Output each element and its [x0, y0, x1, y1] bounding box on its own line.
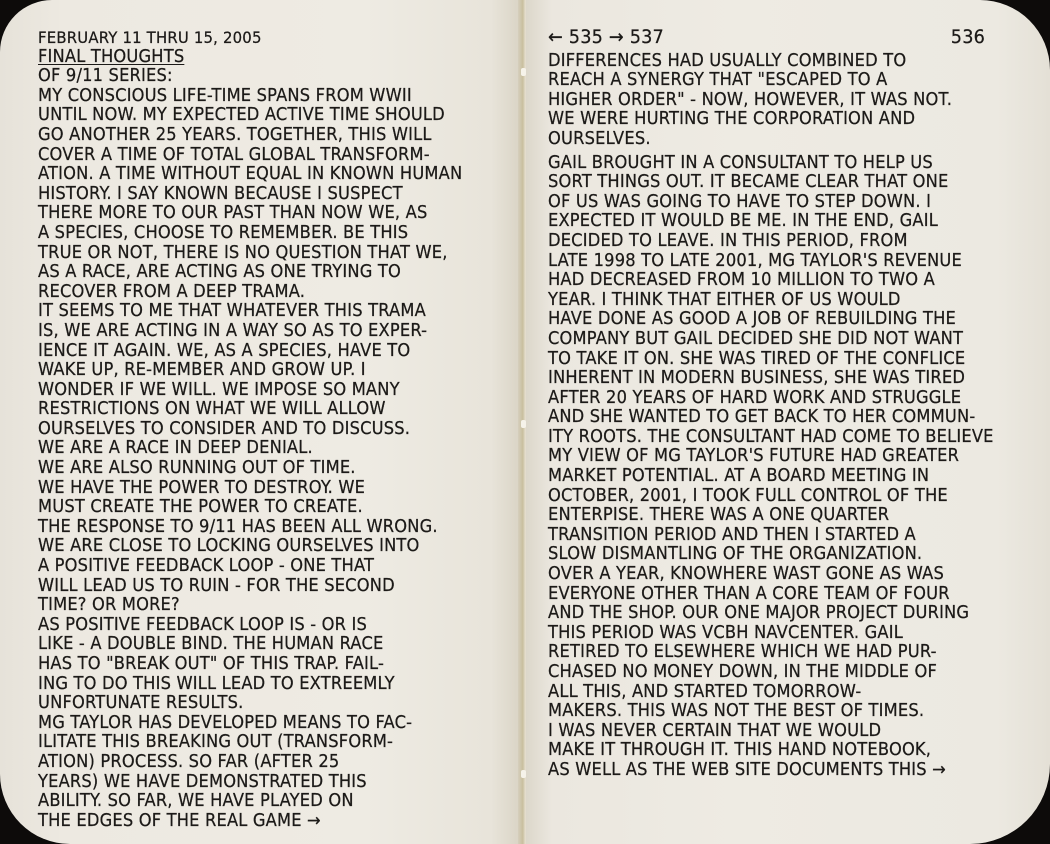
text-line: company but Gail decided she did not wan… — [548, 330, 1050, 350]
text-line: is, we are acting in a way so as to expe… — [38, 322, 522, 342]
page-number: 536 — [951, 28, 985, 48]
next-page-link[interactable]: → 537 — [609, 26, 664, 48]
text-line: recover from a deep trama. — [38, 283, 522, 303]
text-line: will lead us to ruin - for the second — [38, 577, 522, 597]
text-line: until now. My expected active time shoul… — [38, 106, 522, 126]
text-line: this period was VCBH NavCenter. Gail — [548, 624, 1050, 644]
text-line: has to "break out" of this trap. Fail- — [38, 655, 522, 675]
text-line: year. I think that either of us would — [548, 291, 1050, 311]
text-line: retired to Elsewhere which we had pur- — [548, 643, 1050, 663]
text-line: after 20 years of hard work and struggle — [548, 389, 1050, 409]
left-page-content: February 11 thru 15, 2005 Final Thoughts… — [38, 28, 522, 831]
text-line: We have the power to destroy. We — [38, 479, 522, 499]
text-line: higher order" - now, however, it was not… — [548, 91, 1050, 111]
text-line: Gail brought in a consultant to help us — [548, 154, 1050, 174]
text-line: cover a time of total global transform- — [38, 146, 522, 166]
text-line: as well as the web site documents this → — [548, 761, 1050, 781]
text-line: and the shop. Our one major project duri… — [548, 604, 1050, 624]
entry-subtitle: of 9/11 series: — [38, 67, 522, 87]
right-page-content: ← 535 → 537 536 differences had usually … — [548, 28, 1050, 781]
text-line: ing to do this will lead to extreemly — [38, 675, 522, 695]
text-line: to take it on. She was tired of the conf… — [548, 350, 1050, 370]
text-line: a positive feedback loop - one that — [38, 557, 522, 577]
text-line: We are also running out of time. — [38, 459, 522, 479]
text-line: there more to our past than now we, as — [38, 204, 522, 224]
right-page: ← 535 → 537 536 differences had usually … — [526, 0, 1050, 844]
text-line: all this, and started Tomorrow- — [548, 683, 1050, 703]
text-line: ilitate this breaking out (transform- — [38, 733, 522, 753]
text-line: time? or more? — [38, 596, 522, 616]
text-line: history. I say known because I suspect — [38, 185, 522, 205]
text-line: wonder if we will. We impose so many — [38, 381, 522, 401]
page-navigation: ← 535 → 537 — [548, 28, 664, 48]
text-line: slow dismantling of the organization. — [548, 545, 1050, 565]
text-line: We are a race in deep denial. — [38, 439, 522, 459]
text-line: expected it would be me. In the end, Gai… — [548, 212, 1050, 232]
text-line: differences had usually combined to — [548, 52, 1050, 72]
text-line: makers. This was not the best of times. — [548, 702, 1050, 722]
entry-date: February 11 thru 15, 2005 — [38, 28, 522, 48]
page-header: ← 535 → 537 536 — [548, 28, 985, 48]
text-line: ourselves to consider and to discuss. — [38, 420, 522, 440]
text-line: MG Taylor has developed means to fac- — [38, 714, 522, 734]
text-line: enterpise. There was a one quarter — [548, 506, 1050, 526]
text-line: We were hurting the corporation and — [548, 110, 1050, 130]
text-line: reach a synergy that "escaped to a — [548, 71, 1050, 91]
text-line: a species, choose to remember. Be this — [38, 224, 522, 244]
text-line: restrictions on what we will allow — [38, 400, 522, 420]
entry-title: Final Thoughts — [38, 48, 522, 68]
text-line: ience it again. We, as a species, have t… — [38, 342, 522, 362]
text-line: We are close to locking ourselves into — [38, 537, 522, 557]
text-line: must create the power to create. — [38, 498, 522, 518]
previous-page-link[interactable]: ← 535 — [548, 26, 603, 48]
text-line: have done as good a job of rebuilding th… — [548, 310, 1050, 330]
text-line: transition period and then I started a — [548, 526, 1050, 546]
text-line: ourselves. — [548, 130, 1050, 150]
text-line: I was never certain that we would — [548, 722, 1050, 742]
text-line: and she wanted to get back to her commun… — [548, 408, 1050, 428]
text-line: as a race, are acting as one trying to — [38, 263, 522, 283]
text-line: true or not, there is no question that w… — [38, 244, 522, 264]
text-line: The response to 9/11 has been all wrong. — [38, 518, 522, 538]
left-page: February 11 thru 15, 2005 Final Thoughts… — [0, 0, 522, 844]
text-line: everyone other than a core team of four — [548, 585, 1050, 605]
text-line: My conscious life-time spans from WWII — [38, 87, 522, 107]
text-line: of us was going to have to step down. I — [548, 193, 1050, 213]
text-line: ity roots. The consultant had come to be… — [548, 428, 1050, 448]
text-line: late 1998 to late 2001, MG Taylor's reve… — [548, 252, 1050, 272]
text-line: had decreased from 10 million to two a — [548, 271, 1050, 291]
text-line: wake up, re-member and grow up. I — [38, 361, 522, 381]
text-line: my view of MG Taylor's future had greate… — [548, 447, 1050, 467]
text-line: It seems to me that whatever this trama — [38, 302, 522, 322]
text-line: ability. So far, we have played on — [38, 792, 522, 812]
text-line: sort things out. It became clear that on… — [548, 173, 1050, 193]
text-line: unfortunate results. — [38, 694, 522, 714]
notebook-spread: February 11 thru 15, 2005 Final Thoughts… — [0, 0, 1050, 844]
text-line: make it through it. This hand notebook, — [548, 741, 1050, 761]
text-line: like - a double bind. The human race — [38, 635, 522, 655]
text-line: October, 2001, I took full control of th… — [548, 487, 1050, 507]
text-line: decided to leave. In this period, from — [548, 232, 1050, 252]
text-line: ation) process. So far (after 25 — [38, 753, 522, 773]
text-line: As positive feedback loop is - or is — [38, 616, 522, 636]
text-line: chased no money down, in the middle of — [548, 663, 1050, 683]
text-line: go another 25 years. Together, this will — [38, 126, 522, 146]
text-line: inherent in modern business, she was tir… — [548, 369, 1050, 389]
text-line: the edges of the real game → — [38, 812, 522, 832]
text-line: ation. A time without equal in known hum… — [38, 165, 522, 185]
text-line: years) we have demonstrated this — [38, 773, 522, 793]
text-line: Over a year, Knowhere wast gone as was — [548, 565, 1050, 585]
text-line: market potential. At a board meeting in — [548, 467, 1050, 487]
